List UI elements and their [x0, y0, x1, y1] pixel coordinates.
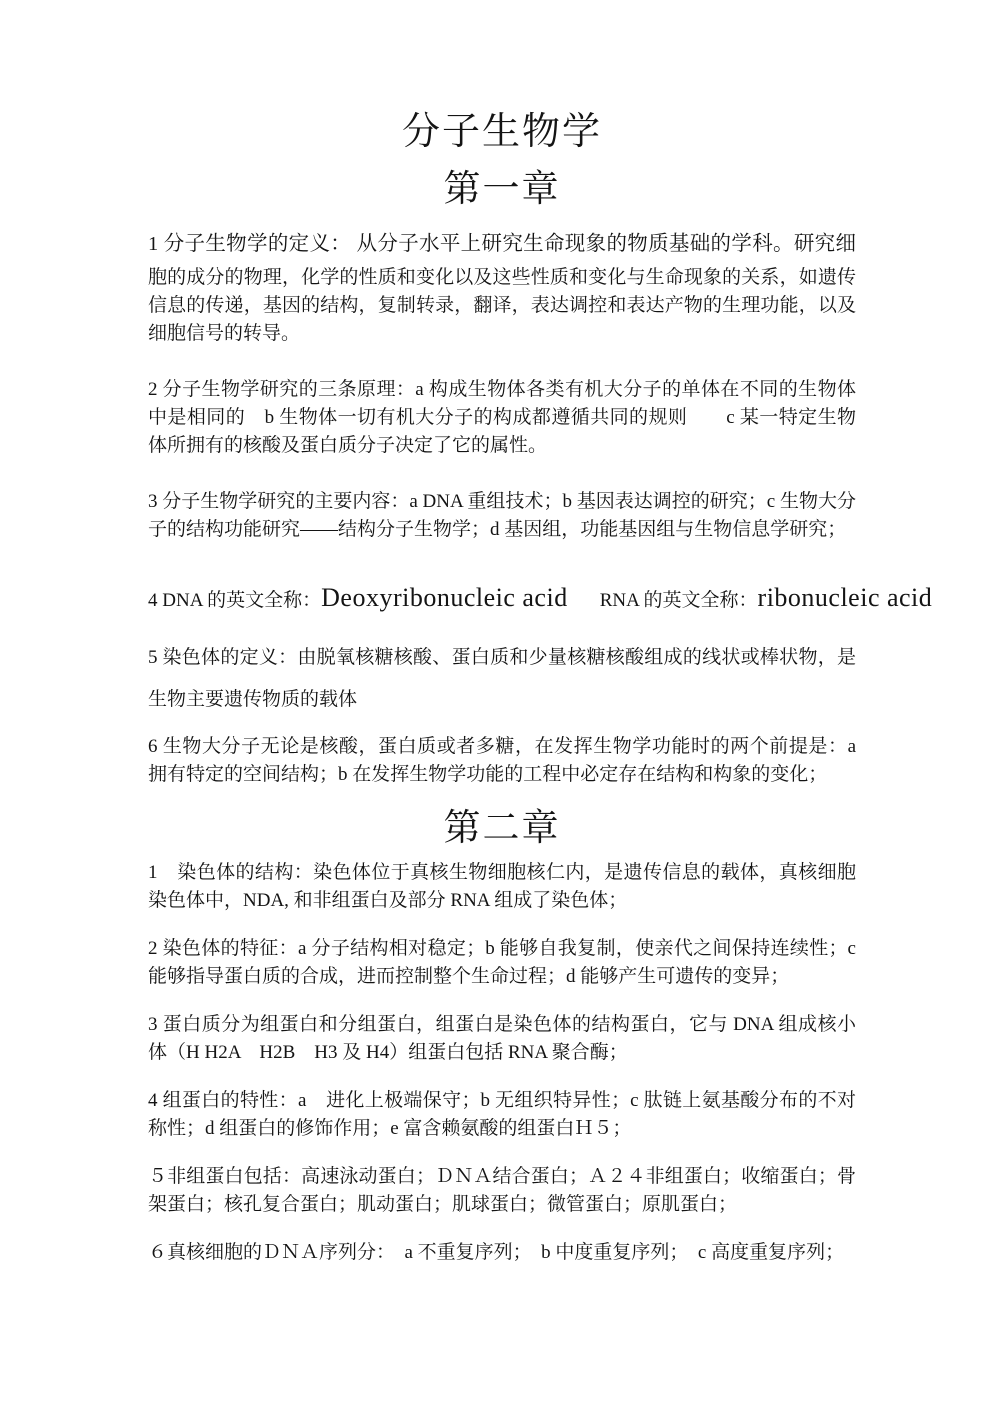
document-page: 分子生物学 第一章 1 分子生物学的定义： 从分子水平上研究生命现象的物质基础的… — [0, 0, 993, 1404]
paragraph-dna-sequence-types: ６真核细胞的ＤＮＡ序列分： a 不重复序列； b 中度重复序列； c 高度重复序… — [148, 1239, 856, 1267]
paragraph-chromosome-definition: 5 染色体的定义：由脱氧核糖核酸、蛋白质和少量核糖核酸组成的线状或棒状物，是生物… — [148, 637, 856, 721]
paragraph-molecular-biology-definition: 1 分子生物学的定义： 从分子水平上研究生命现象的物质基础的学科。研究细胞的成分… — [148, 224, 856, 348]
dna-fullname-value: Deoxyribonucleic acid — [321, 583, 568, 612]
rna-fullname-label: RNA 的英文全称： — [600, 590, 758, 611]
paragraph-nonhistone-proteins: ５非组蛋白包括：高速泳动蛋白；ＤＮＡ结合蛋白；Ａ２４非组蛋白；收缩蛋白；骨架蛋白… — [148, 1163, 856, 1219]
paragraph-three-principles: 2 分子生物学研究的三条原理：a 构成生物体各类有机大分子的单体在不同的生物体中… — [148, 376, 856, 460]
paragraph-histone-nucleosome: 3 蛋白质分为组蛋白和分组蛋白，组蛋白是染色体的结构蛋白，它与 DNA 组成核小… — [148, 1011, 856, 1067]
paragraph-dna-rna-fullnames: 4 DNA 的英文全称：Deoxyribonucleic acidRNA 的英文… — [148, 584, 856, 615]
chapter1-heading: 第一章 — [148, 164, 856, 216]
document-title: 分子生物学 — [148, 104, 856, 160]
paragraph-biomacromolecule-premises: 6 生物大分子无论是核酸，蛋白质或者多糖，在发挥生物学功能时的两个前提是：a 拥… — [148, 733, 856, 789]
chapter2-heading: 第二章 — [148, 803, 856, 855]
paragraph-main-research-content: 3 分子生物学研究的主要内容：a DNA 重组技术；b 基因表达调控的研究；c … — [148, 488, 856, 544]
dna-fullname-label: 4 DNA 的英文全称： — [148, 590, 321, 611]
paragraph-chromosome-characteristics: 2 染色体的特征：a 分子结构相对稳定；b 能够自我复制，使亲代之间保持连续性；… — [148, 935, 856, 991]
paragraph-histone-properties: 4 组蛋白的特性：a 进化上极端保守；b 无组织特异性；c 肽链上氨基酸分布的不… — [148, 1087, 856, 1143]
rna-fullname-value: ribonucleic acid — [758, 583, 933, 612]
paragraph-chromosome-structure: 1 染色体的结构：染色体位于真核生物细胞核仁内，是遗传信息的载体，真核细胞染色体… — [148, 859, 856, 915]
